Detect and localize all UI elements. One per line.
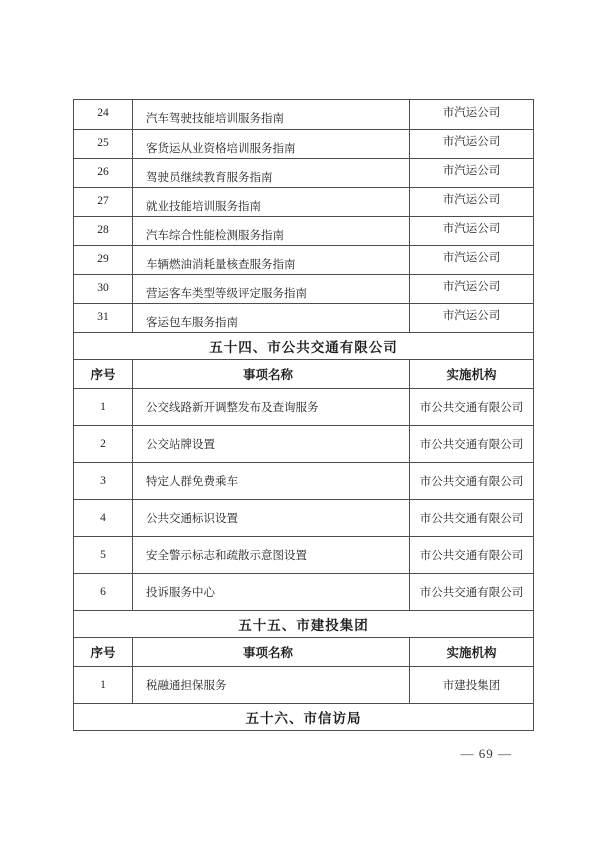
cell-serial-number: 2 [74,426,132,462]
cell-item-name: 就业技能培训服务指南 [132,188,409,216]
cell-item-name: 公交线路新开调整发布及查询服务 [132,389,409,425]
cell-item-name: 客货运从业资格培训服务指南 [132,130,409,158]
section-title: 五十五、市建投集团 [238,614,369,634]
cell-serial-number: 25 [74,130,132,158]
cell-serial-number: 29 [74,246,132,274]
cell-serial-number: 27 [74,188,132,216]
cell-agency: 市公共交通有限公司 [409,574,533,610]
table-row: 1税融通担保服务市建投集团 [74,666,533,703]
table-row: 28汽车综合性能检测服务指南市汽运公司 [74,216,533,245]
table-header-row: 序号事项名称实施机构 [74,637,533,666]
cell-item-name: 营运客车类型等级评定服务指南 [132,275,409,303]
services-table: 24汽车驾驶技能培训服务指南市汽运公司25客货运从业资格培训服务指南市汽运公司2… [73,99,534,731]
cell-serial-number: 4 [74,500,132,536]
cell-item-name: 安全警示标志和疏散示意图设置 [132,537,409,573]
cell-agency: 市公共交通有限公司 [409,426,533,462]
cell-serial-number: 3 [74,463,132,499]
table-header-row: 序号事项名称实施机构 [74,359,533,388]
cell-agency: 市建投集团 [409,667,533,703]
cell-agency: 市汽运公司 [409,100,533,129]
cell-agency: 市汽运公司 [409,159,533,187]
cell-agency: 市公共交通有限公司 [409,389,533,425]
cell-serial-number: 1 [74,667,132,703]
cell-item-name: 客运包车服务指南 [132,304,409,332]
cell-serial-number: 26 [74,159,132,187]
table-row: 3特定人群免费乘车市公共交通有限公司 [74,462,533,499]
cell-item-name: 汽车驾驶技能培训服务指南 [132,100,409,129]
section-title-row: 五十六、市信访局 [74,703,533,730]
section-title: 五十四、市公共交通有限公司 [209,336,398,356]
section-title-row: 五十五、市建投集团 [74,610,533,637]
table-row: 30营运客车类型等级评定服务指南市汽运公司 [74,274,533,303]
cell-item-name: 驾驶员继续教育服务指南 [132,159,409,187]
section-title: 五十六、市信访局 [246,707,362,727]
cell-item-name: 公交站牌设置 [132,426,409,462]
cell-agency: 市汽运公司 [409,130,533,158]
cell-agency: 市汽运公司 [409,188,533,216]
cell-item-name: 投诉服务中心 [132,574,409,610]
cell-item-name: 公共交通标识设置 [132,500,409,536]
column-header-item-name: 事项名称 [132,360,409,388]
cell-item-name: 车辆燃油消耗量核查服务指南 [132,246,409,274]
cell-agency: 市汽运公司 [409,246,533,274]
table-row: 27就业技能培训服务指南市汽运公司 [74,187,533,216]
cell-serial-number: 28 [74,217,132,245]
cell-serial-number: 6 [74,574,132,610]
cell-item-name: 特定人群免费乘车 [132,463,409,499]
cell-agency: 市公共交通有限公司 [409,463,533,499]
table-row: 1公交线路新开调整发布及查询服务市公共交通有限公司 [74,388,533,425]
column-header-agency: 实施机构 [409,360,533,388]
cell-serial-number: 30 [74,275,132,303]
cell-agency: 市汽运公司 [409,275,533,303]
table-row: 24汽车驾驶技能培训服务指南市汽运公司 [74,100,533,129]
table-row: 5安全警示标志和疏散示意图设置市公共交通有限公司 [74,536,533,573]
page-number: — 69 — [461,746,513,762]
table-row: 4公共交通标识设置市公共交通有限公司 [74,499,533,536]
cell-agency: 市公共交通有限公司 [409,537,533,573]
cell-agency: 市公共交通有限公司 [409,500,533,536]
cell-item-name: 税融通担保服务 [132,667,409,703]
column-header-serial: 序号 [74,360,132,388]
cell-serial-number: 5 [74,537,132,573]
cell-serial-number: 24 [74,100,132,129]
cell-agency: 市汽运公司 [409,217,533,245]
table-row: 31客运包车服务指南市汽运公司 [74,303,533,332]
cell-serial-number: 1 [74,389,132,425]
cell-agency: 市汽运公司 [409,304,533,332]
section-title-row: 五十四、市公共交通有限公司 [74,332,533,359]
table-row: 6投诉服务中心市公共交通有限公司 [74,573,533,610]
table-row: 29车辆燃油消耗量核查服务指南市汽运公司 [74,245,533,274]
column-header-serial: 序号 [74,638,132,666]
table-row: 25客货运从业资格培训服务指南市汽运公司 [74,129,533,158]
column-header-agency: 实施机构 [409,638,533,666]
table-row: 2公交站牌设置市公共交通有限公司 [74,425,533,462]
cell-item-name: 汽车综合性能检测服务指南 [132,217,409,245]
column-header-item-name: 事项名称 [132,638,409,666]
document-page: 24汽车驾驶技能培训服务指南市汽运公司25客货运从业资格培训服务指南市汽运公司2… [0,0,600,848]
cell-serial-number: 31 [74,304,132,332]
table-row: 26驾驶员继续教育服务指南市汽运公司 [74,158,533,187]
